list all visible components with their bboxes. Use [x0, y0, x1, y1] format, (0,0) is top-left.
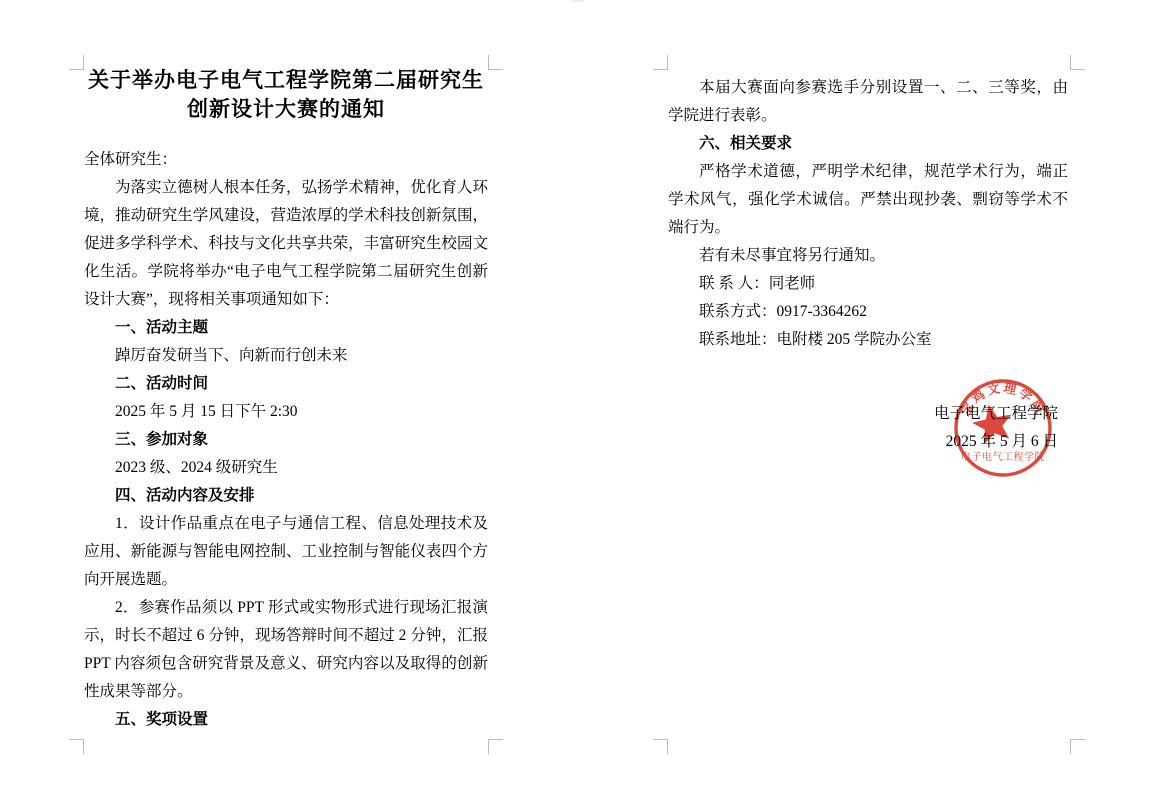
section-6-heading: 六、相关要求 [668, 130, 1068, 158]
section-1-body: 踔厉奋发研当下、向新而行创未来 [84, 342, 488, 370]
document-page-1: 关于举办电子电气工程学院第二届研究生 创新设计大赛的通知 全体研究生： 为落实立… [0, 0, 571, 808]
page1-text: 关于举办电子电气工程学院第二届研究生 创新设计大赛的通知 全体研究生： 为落实立… [84, 66, 488, 734]
margin-mark-bottom-right [1070, 739, 1085, 754]
signature-block: 电子电气工程学院 2025 年 5 月 6 日 [668, 400, 1068, 456]
contact-address: 联系地址：电附楼 205 学院办公室 [668, 326, 1068, 354]
margin-mark-bottom-right [488, 739, 503, 754]
section-2-body: 2025 年 5 月 15 日下午 2:30 [84, 398, 488, 426]
section-5-heading: 五、奖项设置 [84, 706, 488, 734]
section-4-heading: 四、活动内容及安排 [84, 482, 488, 510]
section-2-heading: 二、活动时间 [84, 370, 488, 398]
title-line-1: 关于举办电子电气工程学院第二届研究生 [84, 66, 488, 95]
contact-phone: 联系方式：0917-3364262 [668, 298, 1068, 326]
document-title: 关于举办电子电气工程学院第二届研究生 创新设计大赛的通知 [84, 66, 488, 124]
salutation: 全体研究生： [84, 146, 488, 174]
contact-person: 联 系 人：同老师 [668, 270, 1068, 298]
note-line: 若有未尽事宜将另行通知。 [668, 242, 1068, 270]
title-line-2: 创新设计大赛的通知 [84, 95, 488, 124]
page2-text: 本届大赛面向参赛选手分别设置一、二、三等奖，由学院进行表彰。 六、相关要求 严格… [668, 74, 1068, 354]
margin-mark-top-right [488, 55, 503, 70]
margin-mark-bottom-left [653, 739, 668, 754]
section-1-heading: 一、活动主题 [84, 314, 488, 342]
awards-paragraph: 本届大赛面向参赛选手分别设置一、二、三等奖，由学院进行表彰。 [668, 74, 1068, 130]
signature-date: 2025 年 5 月 6 日 [668, 428, 1058, 456]
margin-mark-top-right [1070, 55, 1085, 70]
margin-mark-bottom-left [69, 739, 84, 754]
signature-org: 电子电气工程学院 [668, 400, 1058, 428]
section-3-body: 2023 级、2024 级研究生 [84, 454, 488, 482]
word-document-view: { "colors": { "stamp_red": "#d9382a", "p… [0, 0, 1156, 808]
margin-mark-top-left [69, 55, 84, 70]
section-4-paragraph-2: 2．参赛作品须以 PPT 形式或实物形式进行现场汇报演示，时长不超过 6 分钟，… [84, 594, 488, 706]
section-3-heading: 三、参加对象 [84, 426, 488, 454]
intro-paragraph: 为落实立德树人根本任务，弘扬学术精神，优化育人环境，推动研究生学风建设，营造浓厚… [84, 174, 488, 314]
document-page-2: 本届大赛面向参赛选手分别设置一、二、三等奖，由学院进行表彰。 六、相关要求 严格… [584, 0, 1156, 808]
margin-mark-top-left [653, 55, 668, 70]
section-4-paragraph-1: 1．设计作品重点在电子与通信工程、信息处理技术及应用、新能源与智能电网控制、工业… [84, 510, 488, 594]
section-6-body: 严格学术道德，严明学术纪律，规范学术行为，端正学术风气，强化学术诚信。严禁出现抄… [668, 158, 1068, 242]
